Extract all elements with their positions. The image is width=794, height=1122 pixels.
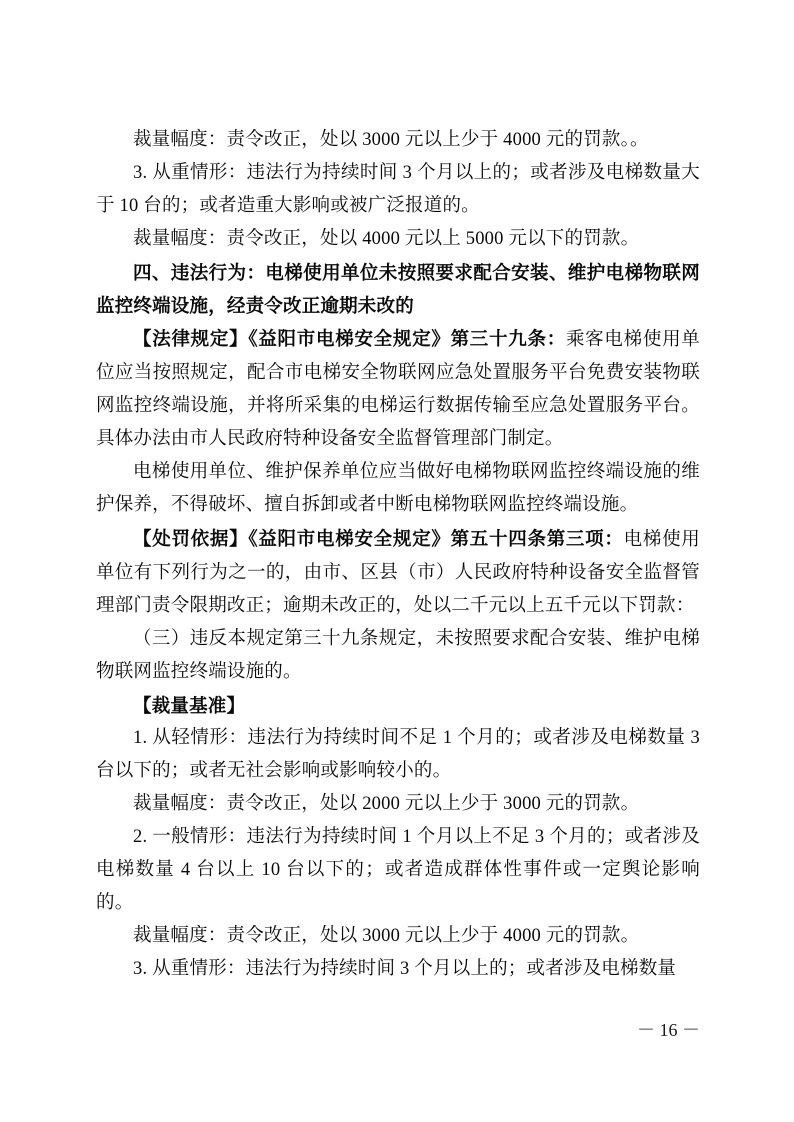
paragraph-severe-circumstance-prev: 3. 从重情形：违法行为持续时间 3 个月以上的；或者涉及电梯数量大于 10 台… <box>96 157 700 223</box>
paragraph-light-circumstance: 1. 从轻情形：违法行为持续时间不足 1 个月的；或者涉及电梯数量 3 台以下的… <box>96 722 700 788</box>
paragraph-discretion-range-general-prev: 裁量幅度：责令改正，处以 3000 元以上少于 4000 元的罚款。。 <box>96 124 700 157</box>
document-body: 裁量幅度：责令改正，处以 3000 元以上少于 4000 元的罚款。。 3. 从… <box>96 124 700 986</box>
section-four-heading: 四、违法行为：电梯使用单位未按照要求配合安装、维护电梯物联网监控终端设施，经责令… <box>96 256 700 322</box>
paragraph-severe-circumstance: 3. 从重情形：违法行为持续时间 3 个月以上的；或者涉及电梯数量 <box>96 953 700 986</box>
paragraph-discretion-range-severe-prev: 裁量幅度：责令改正，处以 4000 元以上 5000 元以下的罚款。 <box>96 223 700 256</box>
discretion-benchmark-heading: 【裁量基准】 <box>96 689 700 722</box>
punishment-basis-label: 【处罚依据】《益阳市电梯安全规定》第五十四条第三项： <box>133 528 624 549</box>
document-page: 裁量幅度：责令改正，处以 3000 元以上少于 4000 元的罚款。。 3. 从… <box>0 0 794 1122</box>
paragraph-discretion-range-general: 裁量幅度：责令改正，处以 3000 元以上少于 4000 元的罚款。 <box>96 920 700 953</box>
paragraph-punishment-item-three: （三）违反本规定第三十九条规定，未按照要求配合安装、维护电梯物联网监控终端设施的… <box>96 623 700 689</box>
paragraph-legal-provision: 【法律规定】《益阳市电梯安全规定》第三十九条：乘客电梯使用单位应当按照规定，配合… <box>96 322 700 456</box>
paragraph-discretion-range-light: 裁量幅度：责令改正，处以 2000 元以上少于 3000 元的罚款。 <box>96 788 700 821</box>
page-number: － 16 － <box>637 1018 700 1042</box>
paragraph-legal-provision-continued: 电梯使用单位、维护保养单位应当做好电梯物联网监控终端设施的维护保养，不得破坏、擅… <box>96 456 700 522</box>
paragraph-general-circumstance: 2. 一般情形：违法行为持续时间 1 个月以上不足 3 个月的；或者涉及电梯数量… <box>96 821 700 920</box>
legal-provision-label: 【法律规定】《益阳市电梯安全规定》第三十九条： <box>133 328 566 349</box>
paragraph-punishment-basis: 【处罚依据】《益阳市电梯安全规定》第五十四条第三项：电梯使用单位有下列行为之一的… <box>96 522 700 623</box>
